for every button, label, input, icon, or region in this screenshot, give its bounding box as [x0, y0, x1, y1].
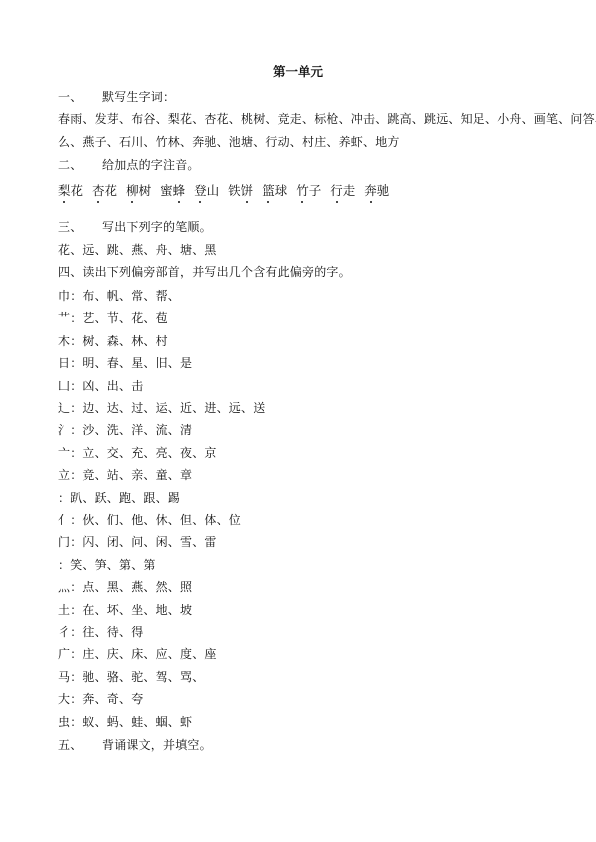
radical-line: 巾：布、帆、常、帮、: [58, 287, 180, 304]
dotted-words-row: 梨花杏花柳树蜜蜂登山铁饼篮球竹子行走奔驰: [58, 181, 398, 199]
radical-line: 土：在、坏、坐、地、坡: [58, 601, 192, 618]
character: 蜜: [160, 183, 173, 198]
dotted-character: 梨: [58, 181, 71, 199]
section-number: 二、: [58, 156, 102, 173]
dotted-word: 奔驰: [364, 181, 389, 199]
section-title: 默写生字词：: [102, 90, 175, 104]
dotted-character: 柳: [126, 181, 139, 199]
radical-line: 凵：凶、出、击: [58, 377, 143, 394]
section-5-heading: 五、背诵课文，并填空。: [58, 736, 212, 753]
radical-line: 木：树、森、林、村: [58, 332, 168, 349]
dotted-character: 行: [330, 181, 343, 199]
radical-line: ：笑、笋、第、第: [58, 556, 156, 573]
section-3-characters: 花、远、跳、燕、舟、塘、黑: [58, 241, 217, 258]
section-title: 给加点的字注音。: [102, 158, 200, 172]
radical-line: 氵：沙、洗、洋、流、清: [58, 421, 192, 438]
dotted-character: 杏: [92, 181, 105, 199]
section-number: 三、: [58, 218, 102, 235]
radical-line: 亻：伙、们、他、休、但、体、位: [58, 511, 241, 528]
dotted-character: 篮: [262, 181, 275, 199]
dotted-character: 饼: [241, 181, 254, 199]
section-3-heading: 三、写出下列字的笔顺。: [58, 218, 212, 235]
dotted-word: 杏花: [92, 181, 117, 199]
radical-line: 虫：蚁、蚂、蛙、蝈、虾: [58, 713, 192, 730]
section-1-heading: 一、默写生字词：: [58, 88, 175, 105]
character: 山: [207, 183, 220, 198]
character: 树: [139, 183, 152, 198]
section-number: 一、: [58, 88, 102, 105]
radical-line: 门：闪、闭、问、闲、雪、雷: [58, 533, 217, 550]
dotted-word: 蜜蜂: [160, 181, 185, 199]
character: 走: [343, 183, 356, 198]
dotted-word: 柳树: [126, 181, 151, 199]
dotted-character: 奔: [364, 181, 377, 199]
character: 驰: [377, 183, 390, 198]
character: 花: [71, 183, 84, 198]
character: 子: [309, 183, 322, 198]
section-1-words-line-2: 么、燕子、石川、竹林、奔驰、池塘、行动、村庄、养虾、地方: [58, 133, 400, 150]
section-title: 写出下列字的笔顺。: [102, 220, 212, 234]
character: 球: [275, 183, 288, 198]
dotted-character: 竹: [296, 181, 309, 199]
radical-line: 大：奔、奇、夸: [58, 690, 143, 707]
page-title: 第一单元: [0, 62, 596, 80]
dotted-word: 行走: [330, 181, 355, 199]
dotted-character: 登: [194, 181, 207, 199]
character: 花: [105, 183, 118, 198]
dotted-word: 竹子: [296, 181, 321, 199]
radical-line: 灬：点、黑、燕、然、照: [58, 578, 192, 595]
radical-line: 日：明、春、星、旧、是: [58, 354, 192, 371]
section-title: 背诵课文，并填空。: [102, 738, 212, 752]
radical-line: 艹：艺、节、花、苞: [58, 309, 168, 326]
radical-line: 亠：立、交、充、亮、夜、京: [58, 444, 217, 461]
radical-line: 立：竞、站、亲、童、章: [58, 466, 192, 483]
dotted-word: 梨花: [58, 181, 83, 199]
radical-line: ：趴、跃、跑、跟、踢: [58, 489, 180, 506]
dotted-word: 登山: [194, 181, 219, 199]
section-4-heading: 四、读出下列偏旁部首，并写出几个含有此偏旁的字。: [58, 263, 351, 280]
character: 铁: [228, 183, 241, 198]
radical-line: 辶：边、达、过、运、近、进、远、送: [58, 399, 265, 416]
document-page: 第一单元 一、默写生字词： 春雨、发芽、布谷、梨花、杏花、桃树、竞走、标枪、冲击…: [0, 0, 596, 842]
radical-line: 广：庄、庆、床、应、度、座: [58, 645, 217, 662]
radical-line: 马：驰、骆、驼、驾、骂、: [58, 668, 204, 685]
section-2-heading: 二、给加点的字注音。: [58, 156, 200, 173]
section-number: 五、: [58, 736, 102, 753]
dotted-word: 铁饼: [228, 181, 253, 199]
dotted-character: 蜂: [173, 181, 186, 199]
section-1-words-line-1: 春雨、发芽、布谷、梨花、杏花、桃树、竞走、标枪、冲击、跳高、跳远、知足、小舟、画…: [58, 110, 596, 127]
dotted-word: 篮球: [262, 181, 287, 199]
radical-line: 彳：往、待、得: [58, 623, 143, 640]
